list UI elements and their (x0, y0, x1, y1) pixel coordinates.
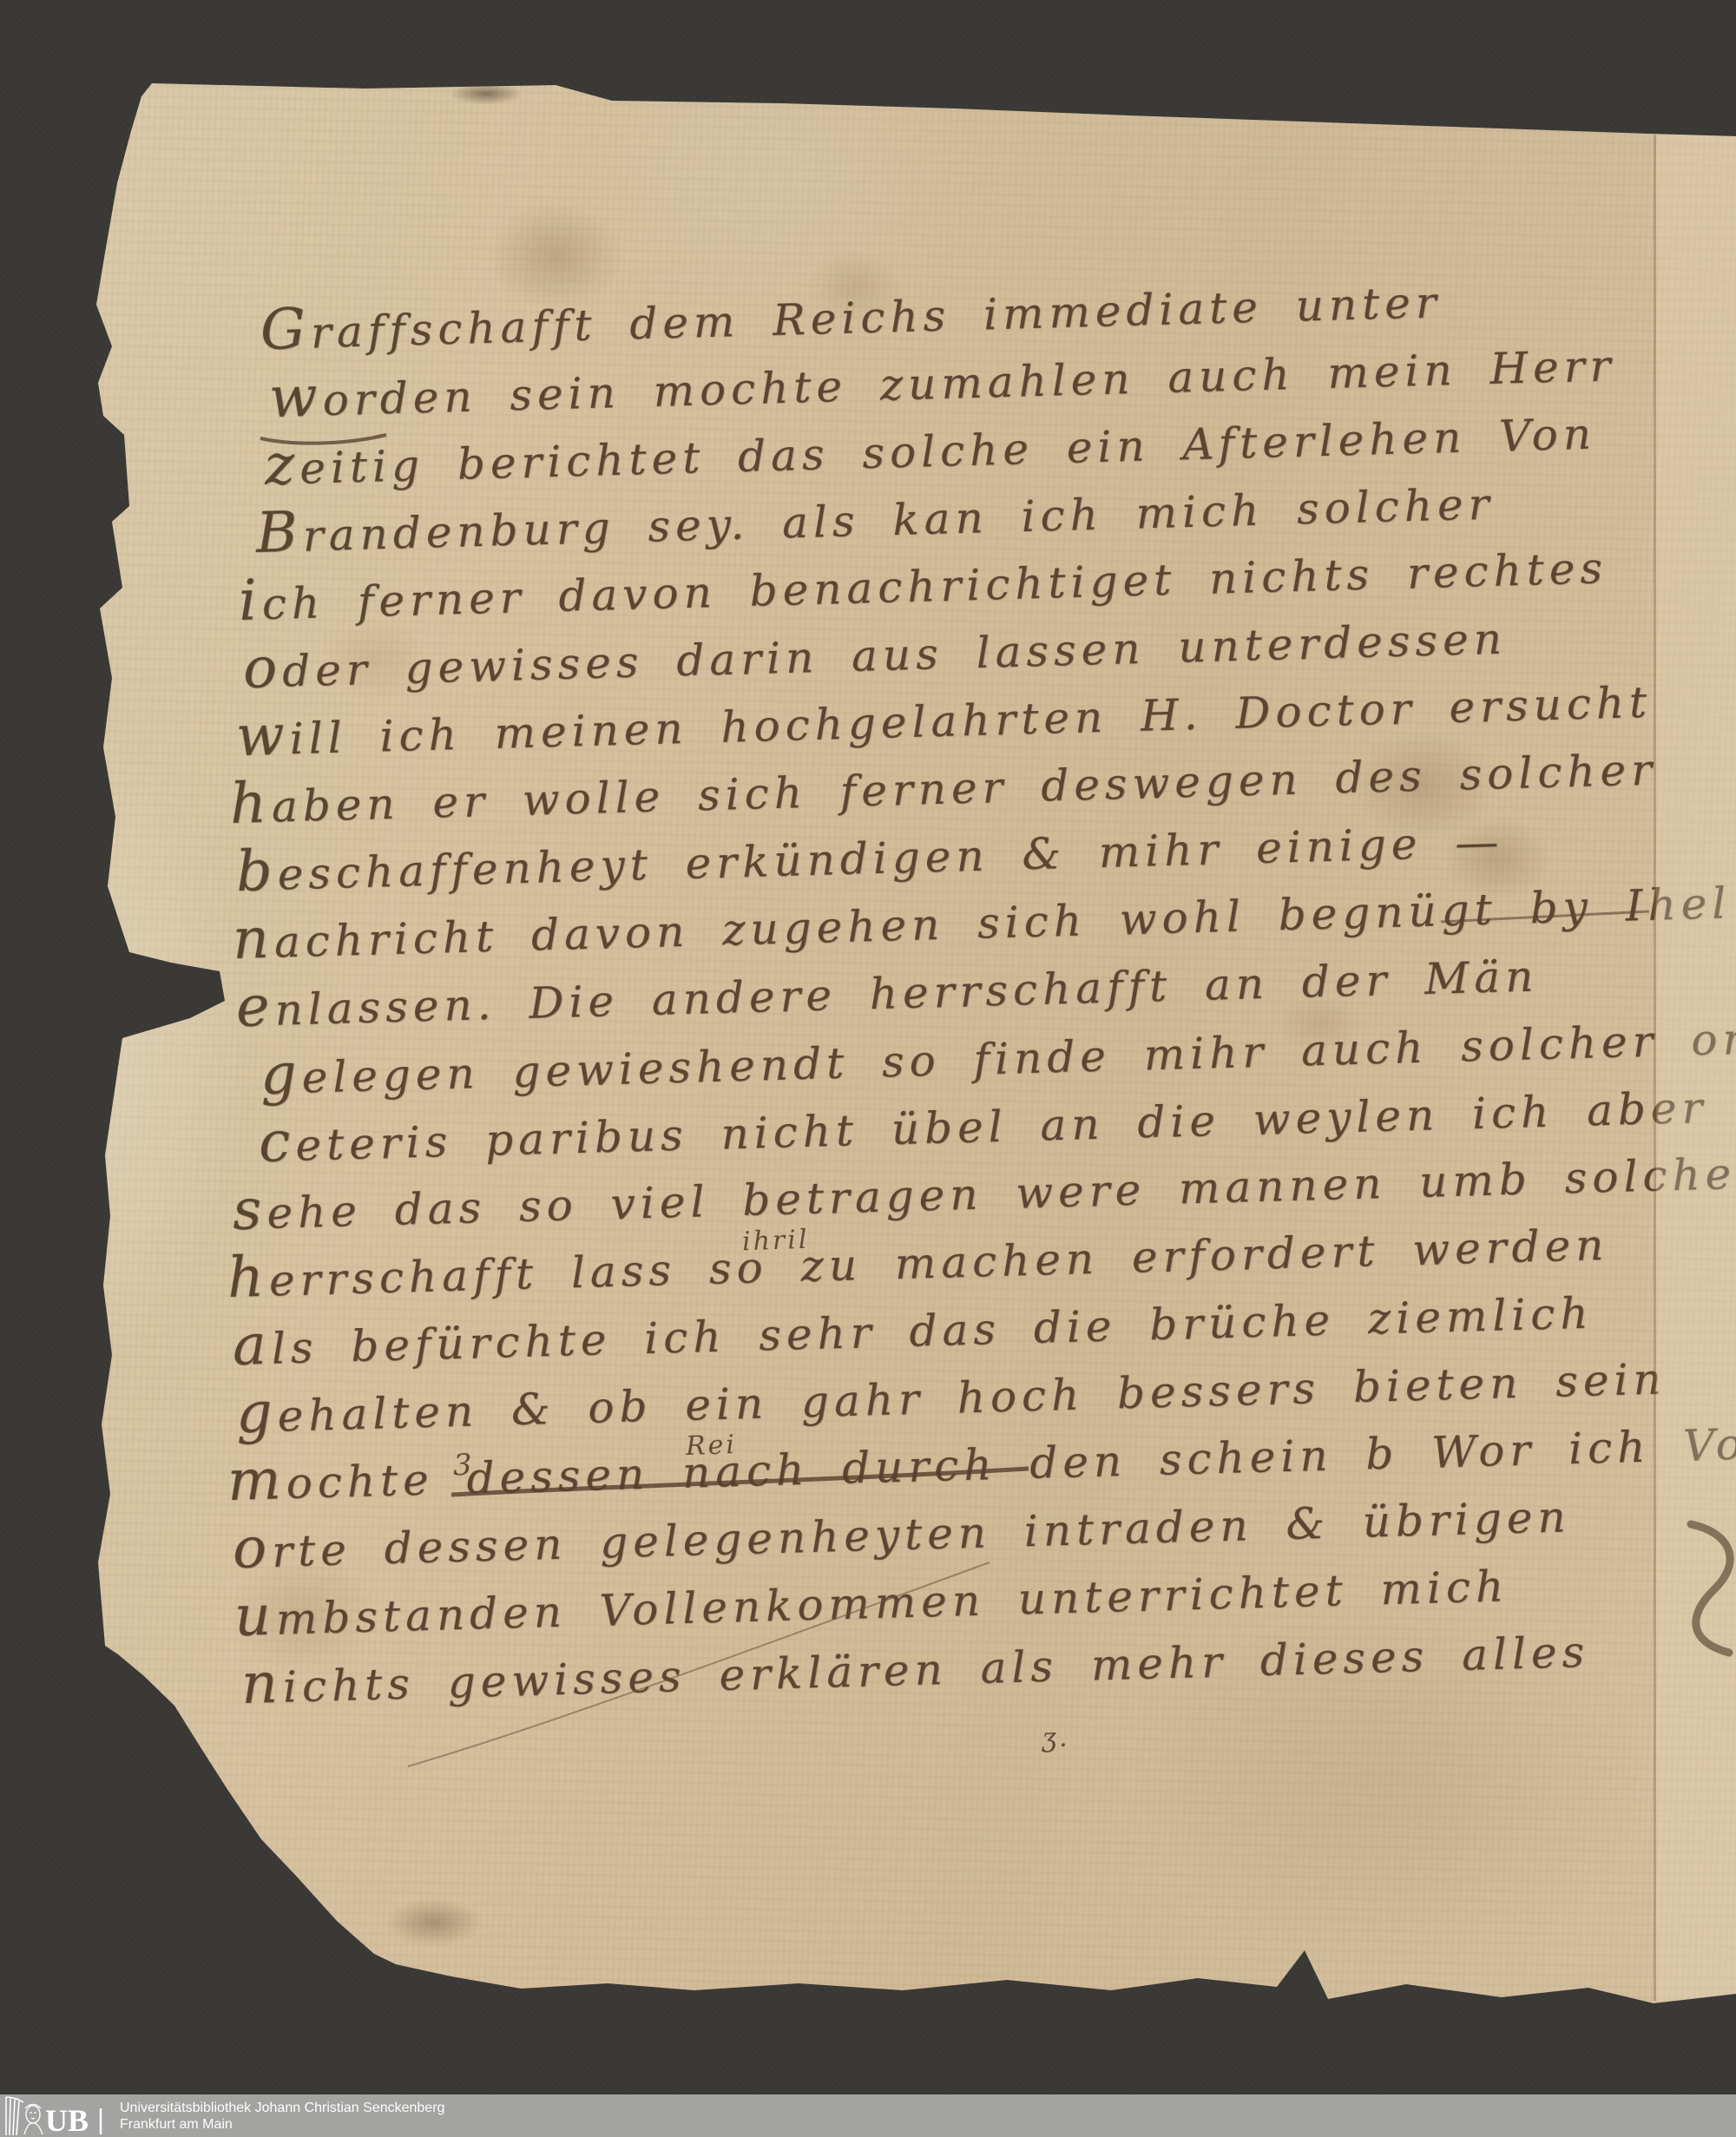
strikethrough-stroke (451, 1469, 1029, 1495)
library-city: Frankfurt am Main (120, 2116, 444, 2133)
logo-monogram: UB (45, 2103, 89, 2136)
initial-underline-stroke (260, 435, 386, 444)
background-mat: Graffschafft dem Reichs immediate unter … (0, 0, 1736, 2137)
ink-strokes-overlay (0, 0, 1736, 2137)
pen-hairline-stroke (408, 1562, 990, 1766)
torn-manuscript-sheet: Graffschafft dem Reichs immediate unter … (0, 0, 1736, 2137)
library-banner: UB Universitätsbibliothek Johann Christi… (0, 2094, 1736, 2137)
line-filler-dash (1441, 911, 1649, 922)
ub-logo: UB (3, 2096, 108, 2136)
logo-book-lines-icon (6, 2097, 23, 2135)
library-name: Universitätsbibliothek Johann Christian … (120, 2100, 444, 2116)
logo-portrait-icon (24, 2104, 43, 2134)
fold-margin-strip (1656, 135, 1736, 2001)
